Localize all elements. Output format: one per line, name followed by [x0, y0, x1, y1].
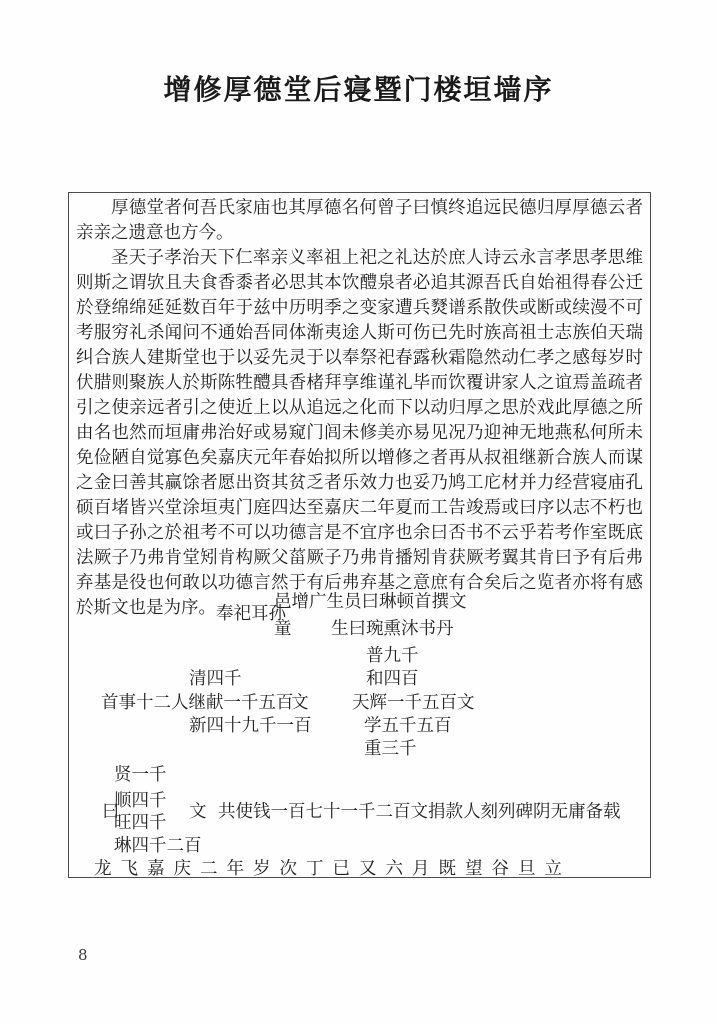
scanned-document-page: 增修厚德堂后寝暨门楼垣墙序 厚德堂者何吾氏家庙也其厚德名何曾子曰慎终追远民德归厚…	[0, 0, 717, 1024]
donation-unit-wen-1: 文	[291, 692, 309, 714]
donation-entry-he: 和四百	[366, 668, 419, 690]
signature-composer-line: 邑增广生员曰琳顿首撰文	[274, 591, 467, 613]
signature-scribe-line: 生曰琬熏沐书丹	[331, 618, 454, 640]
donation-entry-xue: 学五千五百	[364, 715, 452, 737]
preface-paragraph-1: 厚德堂者何吾氏家庙也其厚德名何曾子曰慎终追远民德归厚厚德云者亲亲之遗意也方今。	[76, 196, 643, 246]
donation-entry-leaders: 首事十二人继献一千五百	[101, 692, 294, 714]
page-number: 8	[78, 946, 88, 964]
donation-entry-qing: 清四千	[189, 668, 242, 690]
donation-entry-xin: 新四十九千一百	[189, 715, 312, 737]
donation-entry-xian: 贤一千	[114, 764, 167, 786]
donation-entry-shun: 顺四千	[114, 790, 167, 812]
preface-text: 厚德堂者何吾氏家庙也其厚德名何曾子曰慎终追远民德归厚厚德云者亲亲之遗意也方今。 …	[69, 193, 650, 621]
donation-entry-zhong: 重三千	[364, 738, 417, 760]
document-title: 增修厚德堂后寝暨门楼垣墙序	[0, 68, 717, 108]
colophon-date-line: 龙飞嘉庆二年岁次丁已又六月既望谷旦立	[94, 858, 571, 880]
signature-scribe-prefix: 童	[274, 618, 292, 640]
donation-unit-wen-2: 文	[189, 801, 207, 823]
donation-entry-lin: 琳四千二百	[114, 835, 202, 857]
document-body-frame: 厚德堂者何吾氏家庙也其厚德名何曾子曰慎终追远民德归厚厚德云者亲亲之遗意也方今。 …	[68, 192, 651, 878]
donation-entry-tianhui: 天辉一千五百文	[352, 692, 475, 714]
donation-total-note: 共使钱一百七十一千二百文捐款人刻列碑阴无庸备载	[218, 801, 621, 823]
donation-entry-wang: 旺四千	[114, 812, 167, 834]
donation-entry-pu: 普九千	[366, 645, 419, 667]
preface-paragraph-2: 圣天子孝治天下仁率亲义率祖上祀之礼达於庶人诗云永言孝思孝思维则斯之谓欤且夫食香黍…	[76, 246, 643, 621]
